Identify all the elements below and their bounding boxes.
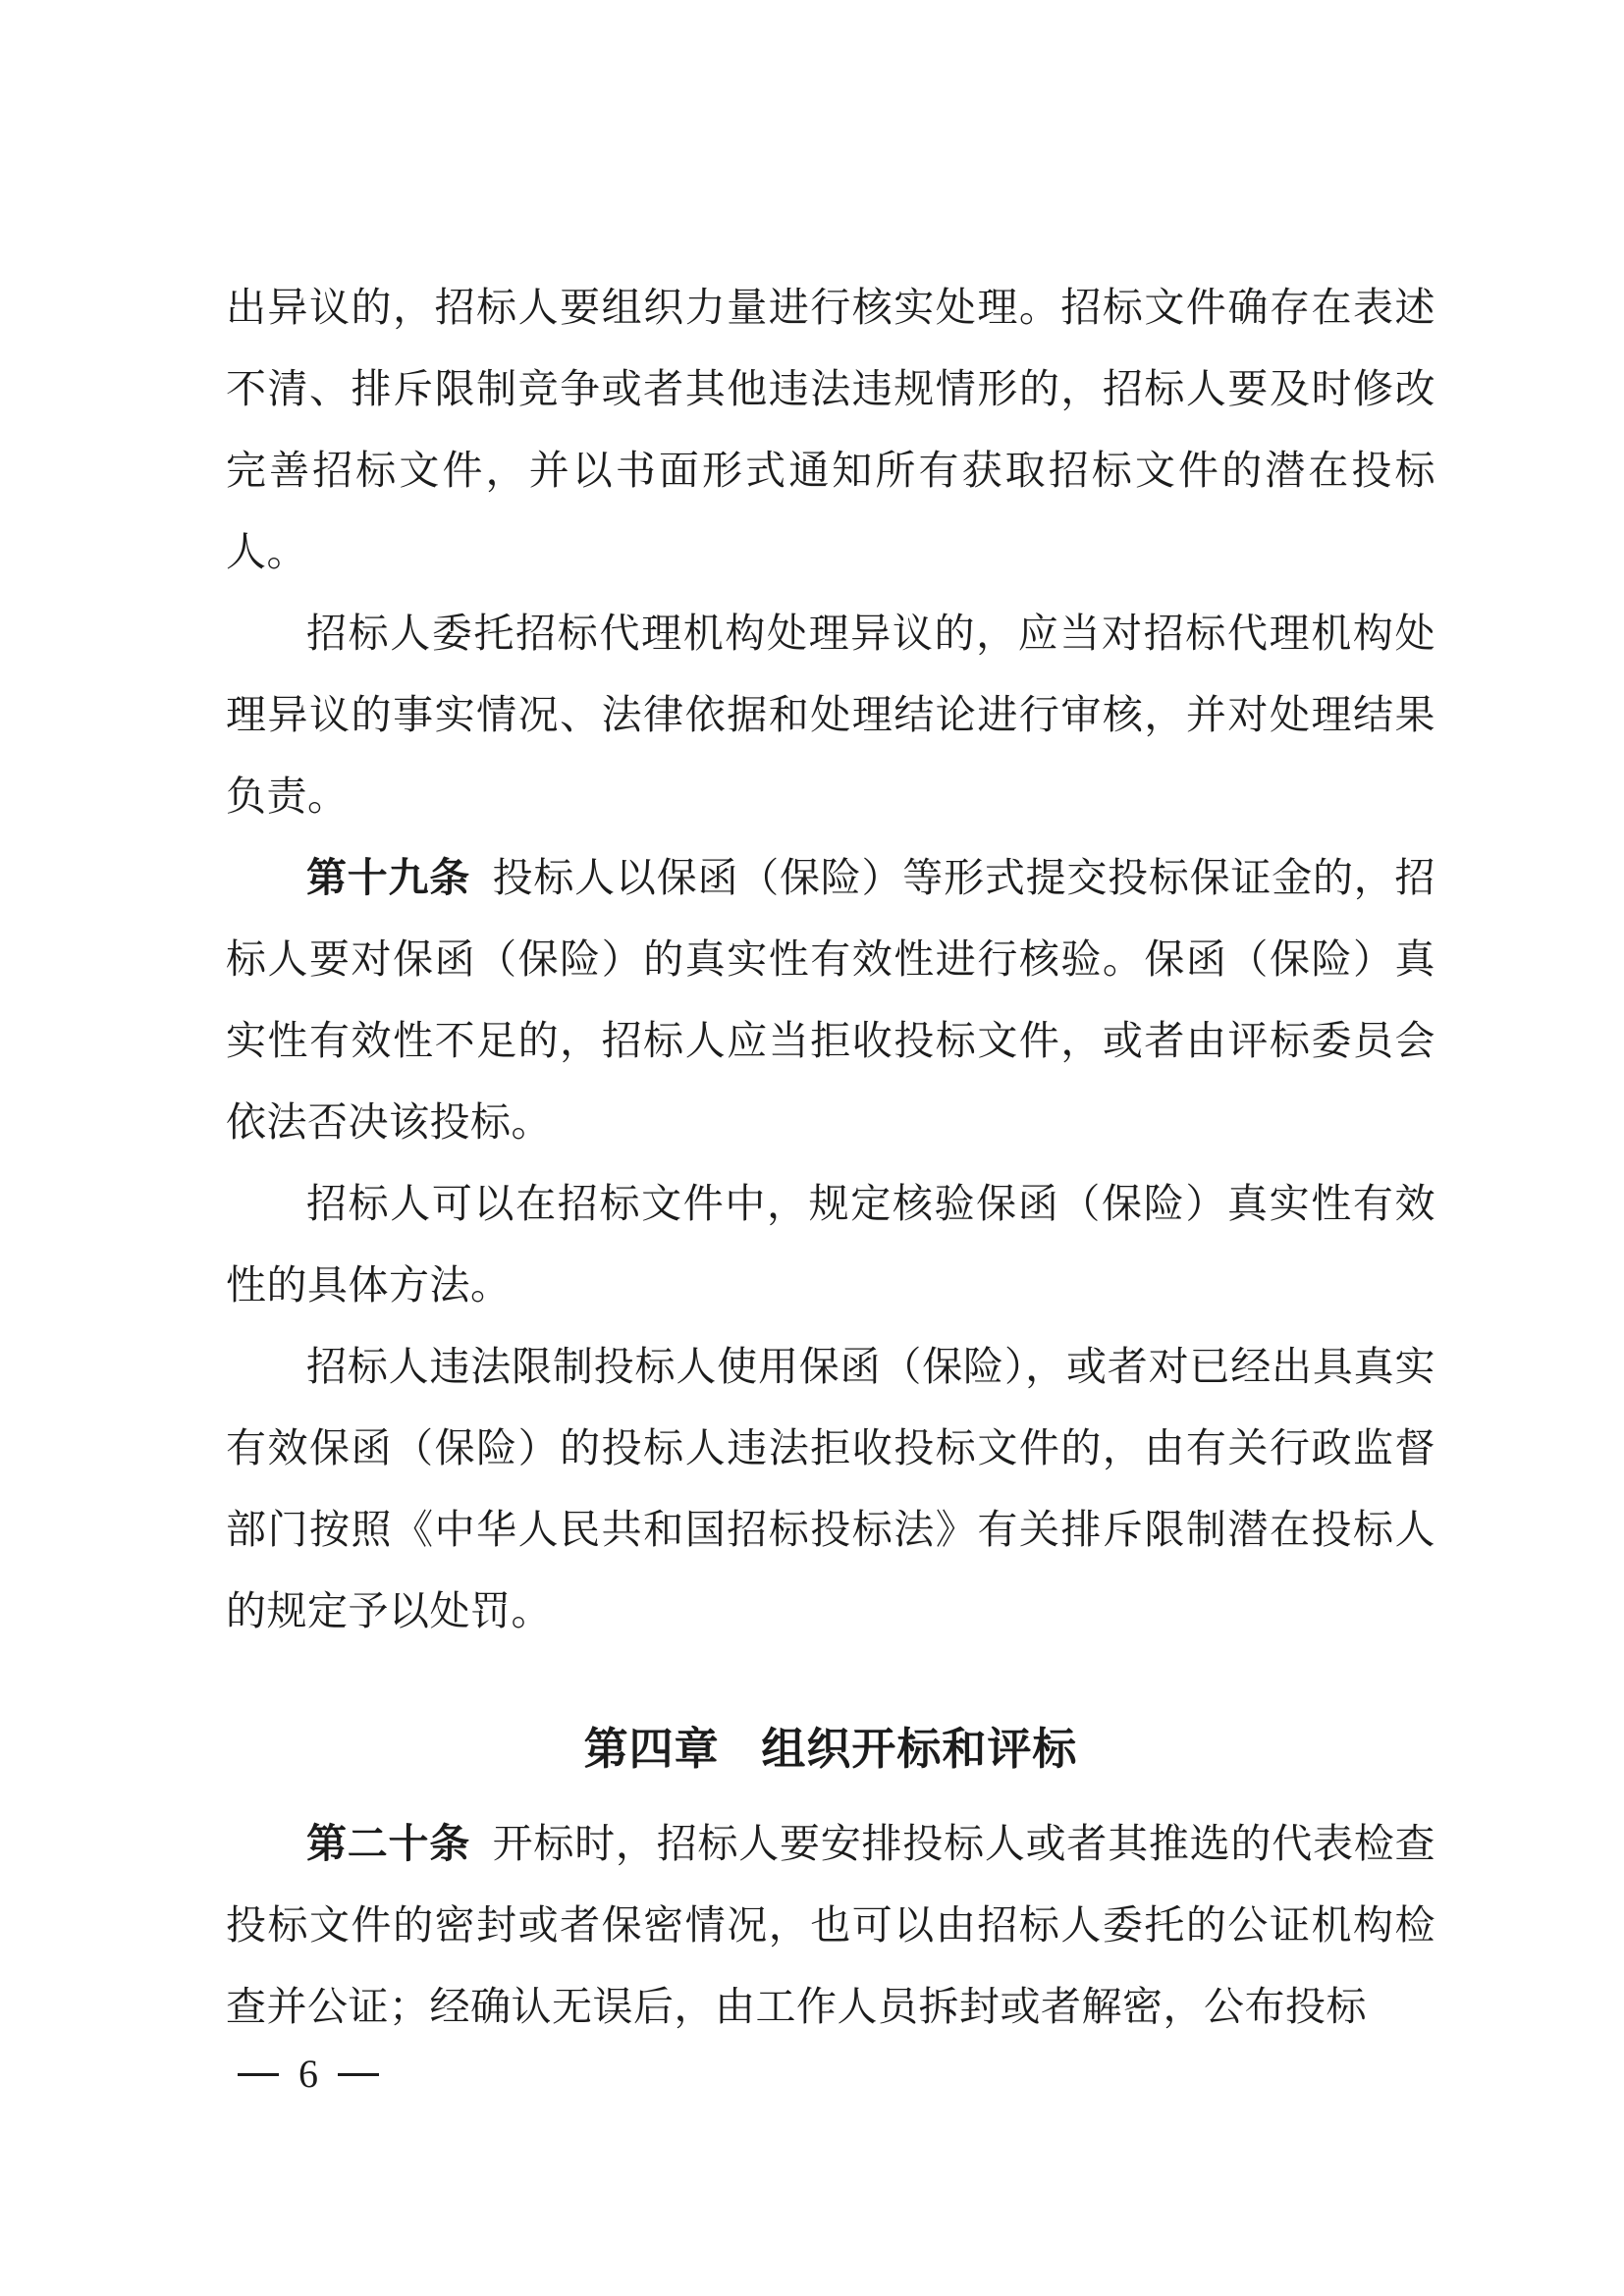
footer-right-dash: [338, 2073, 379, 2076]
document-page: 出异议的，招标人要组织力量进行核实处理。招标文件确存在表述不清、排斥限制竞争或者…: [0, 0, 1624, 2296]
footer-left-dash: [238, 2073, 279, 2076]
article-number-label: 第二十条: [306, 1821, 470, 1866]
paragraph-continuation: 出异议的，招标人要组织力量进行核实处理。招标文件确存在表述不清、排斥限制竞争或者…: [226, 267, 1435, 593]
page-footer: 6: [238, 2052, 379, 2097]
chapter-heading: 第四章组织开标和评标: [226, 1721, 1435, 1778]
chapter-number: 第四章: [584, 1724, 720, 1774]
document-body: 出异议的，招标人要组织力量进行核实处理。招标文件确存在表述不清、排斥限制竞争或者…: [226, 267, 1435, 2048]
paragraph-article-19: 第十九条投标人以保函（保险）等形式提交投标保证金的，招标人要对保函（保险）的真实…: [226, 837, 1435, 1163]
paragraph: 招标人可以在招标文件中，规定核验保函（保险）真实性有效性的具体方法。: [226, 1163, 1435, 1326]
chapter-title: 组织开标和评标: [761, 1724, 1077, 1774]
paragraph: 招标人委托招标代理机构处理异议的，应当对招标代理机构处理异议的事实情况、法律依据…: [226, 593, 1435, 837]
paragraph-article-20: 第二十条开标时，招标人要安排投标人或者其推选的代表检查投标文件的密封或者保密情况…: [226, 1803, 1435, 2048]
paragraph: 招标人违法限制投标人使用保函（保险），或者对已经出具真实有效保函（保险）的投标人…: [226, 1326, 1435, 1652]
article-number-label: 第十九条: [306, 855, 470, 900]
page-number: 6: [298, 2052, 318, 2097]
